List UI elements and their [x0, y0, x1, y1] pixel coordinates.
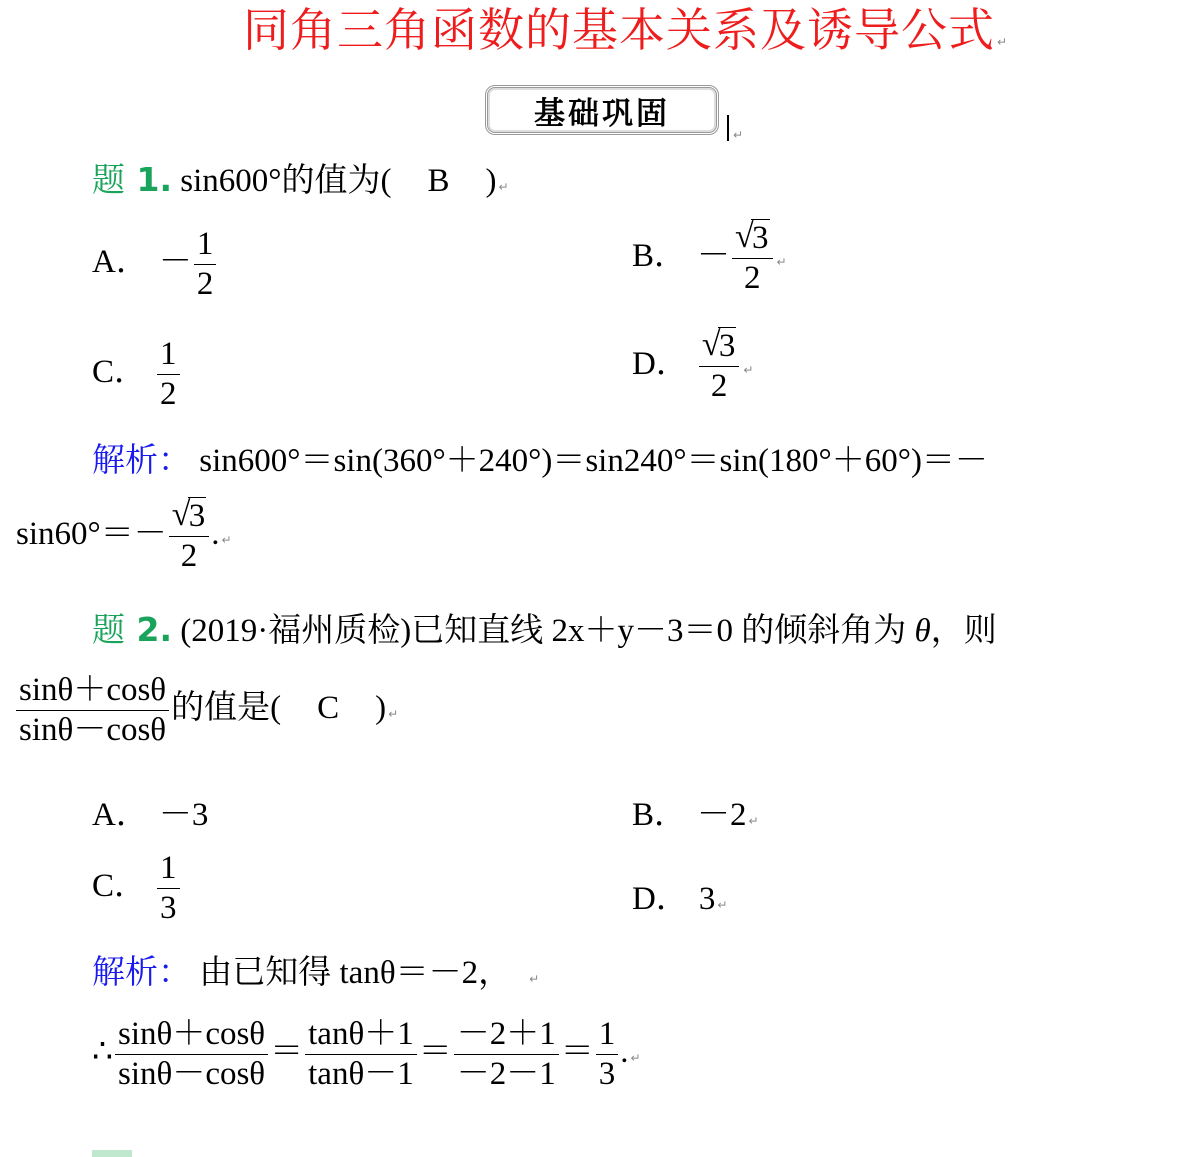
analysis-label: 解析：	[92, 440, 191, 479]
question-2-label: 题 2.	[92, 610, 172, 649]
question-2-expression: sinθ＋cosθsinθ－cosθ的值是(C)↵	[16, 674, 398, 747]
question-1-text: sin600°的值为(	[180, 163, 391, 199]
paragraph-mark-icon: ↵	[529, 972, 539, 986]
analysis-label: 解析：	[92, 952, 191, 991]
q1-option-d: D．32↵	[632, 330, 753, 403]
q1-analysis-line-2: sin60°＝－32.↵	[16, 500, 232, 573]
analysis-text: 由已知得 tanθ＝－2，	[199, 955, 511, 991]
paragraph-mark-icon: ↵	[997, 35, 1008, 49]
q1-option-a: A．－12	[92, 228, 218, 301]
q2-analysis-line-1: 解析： 由已知得 tanθ＝－2，↵	[92, 952, 539, 999]
paragraph-mark-icon: ↵	[777, 255, 787, 269]
paragraph-mark-icon: ↵	[717, 898, 727, 912]
line-equation: 2x＋y－3＝0	[551, 613, 733, 649]
title-text: 同角三角函数的基本关系及诱导公式	[243, 3, 995, 57]
paragraph-mark-icon: ↵	[388, 707, 398, 721]
analysis-text: sin600°＝sin(360°＋240°)＝sin240°＝sin(180°＋…	[199, 443, 988, 479]
paragraph-mark-icon: ↵	[631, 1051, 641, 1065]
q1-option-c: C．12	[92, 338, 182, 411]
question-1-stem: 题 1. sin600°的值为(B)↵	[92, 160, 509, 207]
paragraph-mark-icon: ↵	[749, 814, 759, 828]
therefore-symbol: ∴	[92, 1034, 113, 1070]
paragraph-mark-icon: ↵	[743, 363, 753, 377]
q2-option-c: C．13	[92, 852, 182, 925]
q2-analysis-chain: ∴sinθ＋cosθsinθ－cosθ＝tanθ＋1tanθ－1＝－2＋1－2－…	[92, 1018, 641, 1091]
paragraph-mark-icon: ↵	[221, 533, 231, 547]
document-title: 同角三角函数的基本关系及诱导公式↵	[243, 2, 1008, 70]
q1-option-b: B．－32↵	[632, 222, 787, 295]
question-1-answer: B	[427, 163, 449, 199]
paragraph-mark-icon: ↵	[733, 128, 743, 142]
q2-option-a: A．－3	[92, 788, 208, 835]
question-2-stem: 题 2. (2019·福州质检)已知直线 2x＋y－3＝0 的倾斜角为 θ，则	[92, 610, 997, 651]
q2-option-d: D．3↵	[632, 872, 727, 919]
clipped-next-line	[92, 1150, 132, 1157]
q1-analysis-line-1: 解析： sin600°＝sin(360°＋240°)＝sin240°＝sin(1…	[92, 440, 988, 481]
section-badge: 基础巩固	[485, 85, 719, 135]
text-cursor	[727, 115, 729, 141]
q2-option-b: B．－2↵	[632, 788, 759, 835]
question-1-label: 题 1.	[92, 160, 172, 199]
question-2-source: (2019·福州质检)	[180, 613, 411, 649]
paragraph-mark-icon: ↵	[498, 180, 508, 194]
question-2-answer: C	[317, 690, 339, 726]
